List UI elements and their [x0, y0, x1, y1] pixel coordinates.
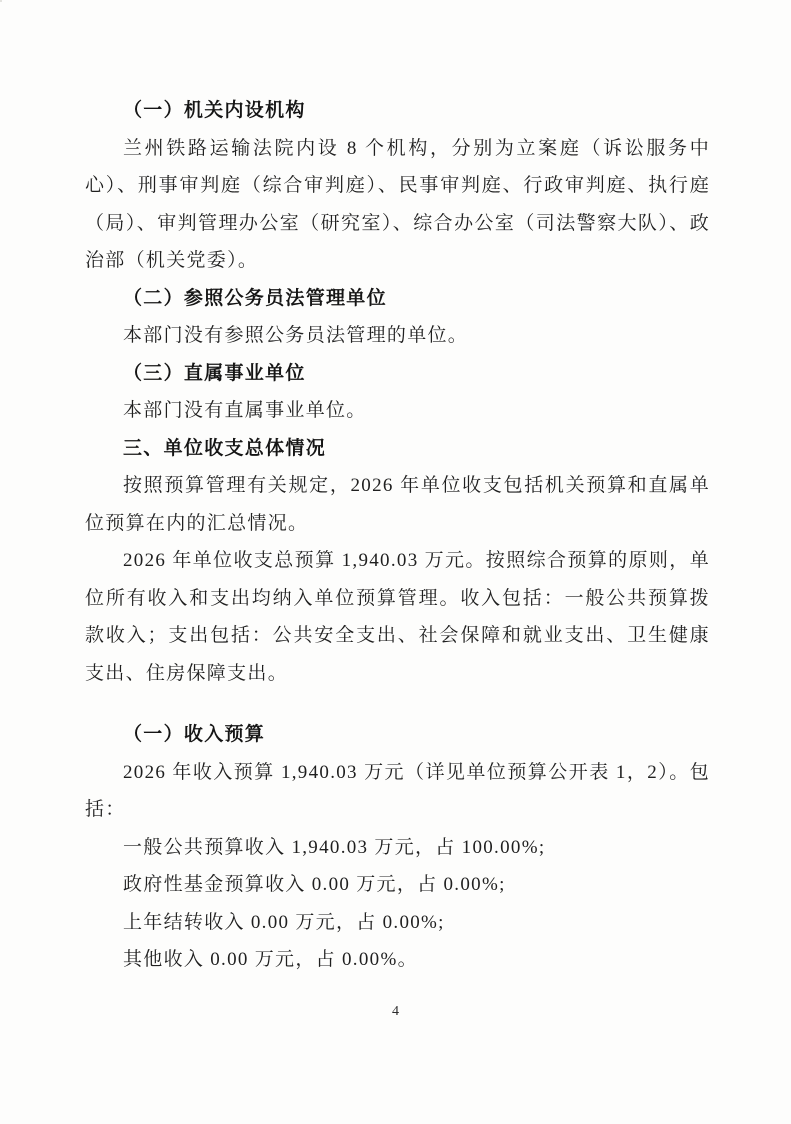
- document-content: （一）机关内设机构兰州铁路运输法院内设 8 个机构，分别为立案庭（诉讼服务中心）…: [85, 92, 710, 979]
- section-heading: （二）参照公务员法管理单位: [85, 280, 710, 318]
- body-paragraph: 上年结转收入 0.00 万元，占 0.00%;: [85, 904, 710, 942]
- body-paragraph: 本部门没有直属事业单位。: [85, 392, 710, 430]
- document-page: （一）机关内设机构兰州铁路运输法院内设 8 个机构，分别为立案庭（诉讼服务中心）…: [0, 0, 791, 1124]
- body-paragraph: 一般公共预算收入 1,940.03 万元，占 100.00%;: [85, 829, 710, 867]
- body-paragraph: 2026 年单位收支总预算 1,940.03 万元。按照综合预算的原则，单位所有…: [85, 542, 710, 692]
- section-heading: （一）收入预算: [85, 716, 710, 754]
- body-paragraph: 按照预算管理有关规定，2026 年单位收支包括机关预算和直属单位预算在内的汇总情…: [85, 467, 710, 542]
- paragraph-spacer: [85, 692, 710, 716]
- page-number: 4: [0, 1004, 791, 1020]
- body-paragraph: 兰州铁路运输法院内设 8 个机构，分别为立案庭（诉讼服务中心）、刑事审判庭（综合…: [85, 130, 710, 280]
- body-paragraph: 2026 年收入预算 1,940.03 万元（详见单位预算公开表 1，2）。包括…: [85, 754, 710, 829]
- body-paragraph: 本部门没有参照公务员法管理的单位。: [85, 317, 710, 355]
- section-heading: （一）机关内设机构: [85, 92, 710, 130]
- section-heading: （三）直属事业单位: [85, 355, 710, 393]
- body-paragraph: 其他收入 0.00 万元，占 0.00%。: [85, 941, 710, 979]
- body-paragraph: 政府性基金预算收入 0.00 万元，占 0.00%;: [85, 866, 710, 904]
- section-heading: 三、单位收支总体情况: [85, 430, 710, 468]
